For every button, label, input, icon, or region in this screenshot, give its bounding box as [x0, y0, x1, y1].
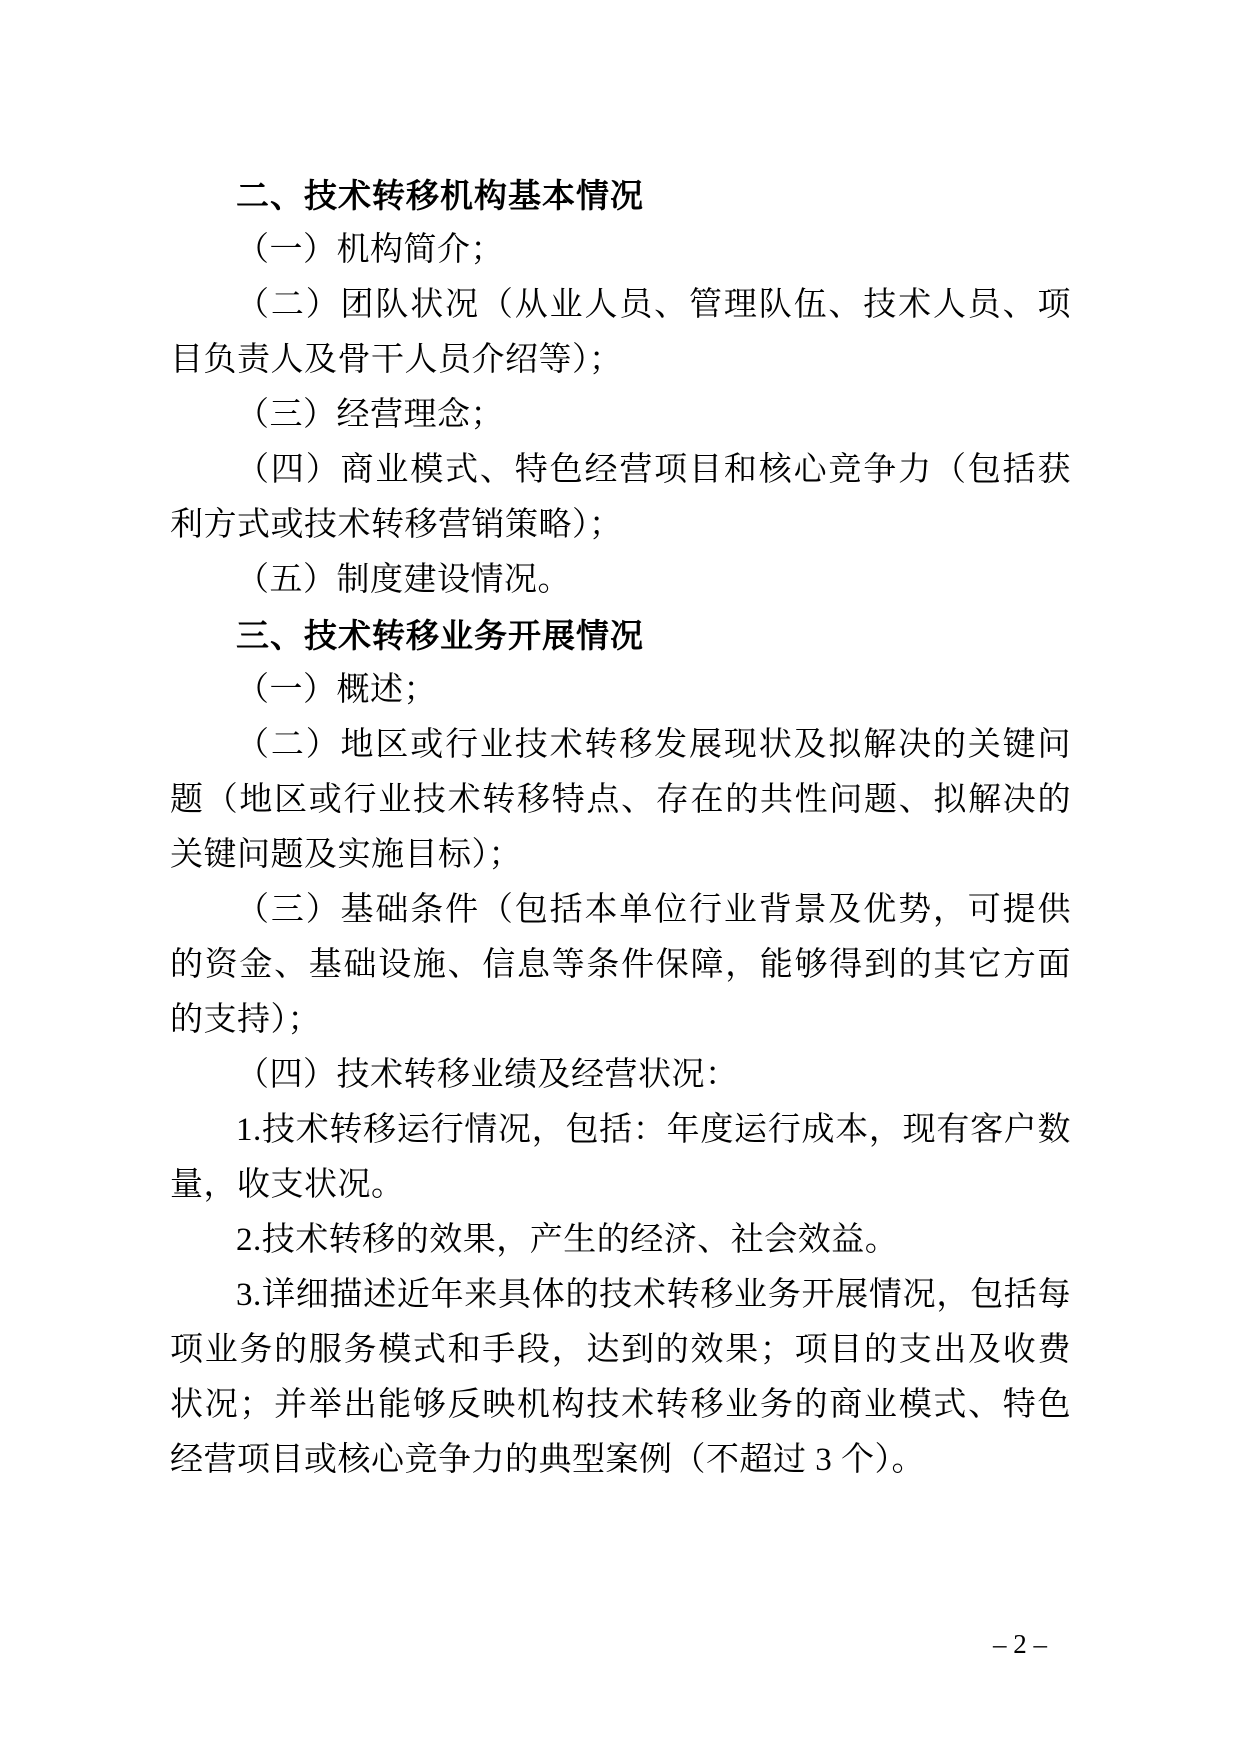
paragraph: （五）制度建设情况。	[170, 553, 1071, 608]
paragraph: 1.技术转移运行情况，包括：年度运行成本，现有客户数量，收支状况。	[170, 1103, 1071, 1213]
paragraph: （四）商业模式、特色经营项目和核心竞争力（包括获利方式或技术转移营销策略）；	[170, 443, 1071, 553]
document-page: 二、技术转移机构基本情况（一）机构简介；（二）团队状况（从业人员、管理队伍、技术…	[0, 0, 1241, 1754]
section-heading: 二、技术转移机构基本情况	[170, 168, 1071, 223]
paragraph: 2.技术转移的效果，产生的经济、社会效益。	[170, 1213, 1071, 1268]
paragraph: （二）团队状况（从业人员、管理队伍、技术人员、项目负责人及骨干人员介绍等）；	[170, 278, 1071, 388]
section-heading: 三、技术转移业务开展情况	[170, 608, 1071, 663]
page-number: – 2 –	[975, 1628, 1065, 1660]
paragraph: 3.详细描述近年来具体的技术转移业务开展情况，包括每项业务的服务模式和手段，达到…	[170, 1268, 1071, 1488]
paragraph: （一）机构简介；	[170, 223, 1071, 278]
paragraph: （二）地区或行业技术转移发展现状及拟解决的关键问题（地区或行业技术转移特点、存在…	[170, 718, 1071, 883]
document-body: 二、技术转移机构基本情况（一）机构简介；（二）团队状况（从业人员、管理队伍、技术…	[170, 168, 1071, 1488]
paragraph: （一）概述；	[170, 663, 1071, 718]
paragraph: （三）经营理念；	[170, 388, 1071, 443]
paragraph: （三）基础条件（包括本单位行业背景及优势，可提供的资金、基础设施、信息等条件保障…	[170, 883, 1071, 1048]
paragraph: （四）技术转移业绩及经营状况：	[170, 1048, 1071, 1103]
